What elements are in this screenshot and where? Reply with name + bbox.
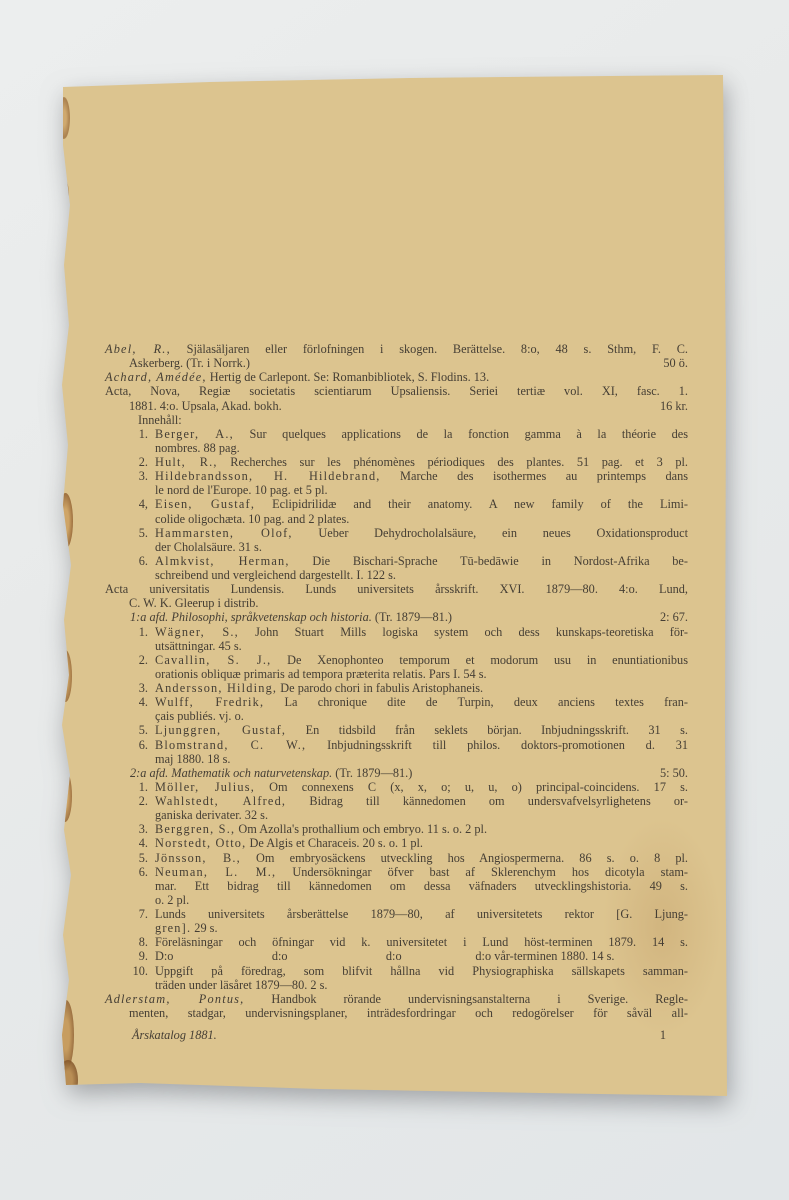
text-line: gren]. 29 s.	[105, 921, 688, 935]
item-number: 1.	[105, 427, 155, 441]
emphasized-name: Möller, Julius,	[155, 780, 255, 794]
worn-edge-decoration	[59, 650, 72, 702]
line-text: Eclipidrilidæ and their anatomy. A new f…	[255, 497, 688, 511]
item-number: 3.	[105, 681, 155, 695]
book-page: Abel, R., Själasäljaren eller förlofning…	[60, 75, 728, 1097]
text-line: nombres. 88 pag.	[105, 441, 688, 455]
line-text: (Tr. 1879—81.)	[372, 610, 452, 624]
right-aligned-price: 16 kr.	[660, 399, 688, 413]
item-text: D:o d:o d:o d:o vår-terminen 1880. 14 s.	[155, 949, 688, 963]
emphasized-name: Adlerstam, Pontus,	[105, 992, 244, 1006]
line-text: orationis obliquæ primaris ad tempora pr…	[155, 667, 487, 681]
text-line: mar. Ett bidrag till kännedomen om dessa…	[105, 879, 688, 893]
text-line: 5.Hammarsten, Olof, Ueber Dehydrocholals…	[105, 526, 688, 540]
item-text: Blomstrand, C. W., Inbjudningsskrift til…	[155, 738, 688, 752]
item-text: Hult, R., Recherches sur les phénomènes …	[155, 455, 688, 469]
emphasized-name: Berger, A.,	[155, 427, 234, 441]
item-number: 1.	[105, 780, 155, 794]
item-number: 5.	[105, 851, 155, 865]
emphasized-name: Achard, Amédée,	[105, 370, 207, 384]
worn-edge-decoration	[58, 493, 73, 549]
text-line: 1.Berger, A., Sur quelques applications …	[105, 427, 688, 441]
line-text: Lunds universitets årsberättelse 1879—80…	[155, 907, 688, 921]
text-line: orationis obliquæ primaris ad tempora pr…	[105, 667, 688, 681]
text-line: 3.Berggren, S., Om Azolla's prothallium …	[105, 822, 688, 836]
text-line: 7.Lunds universitets årsberättelse 1879—…	[105, 907, 688, 921]
line-text: Bidrag till kännedomen om undersvafvelsy…	[286, 794, 688, 808]
text-line: 6.Almkvist, Herman, Die Bischari-Sprache…	[105, 554, 688, 568]
text-line: 3.Hildebrandsson, H. Hildebrand, Marche …	[105, 469, 688, 483]
text-line: 2.Wahlstedt, Alfred, Bidrag till kännedo…	[105, 794, 688, 808]
item-text: Möller, Julius, Om connexens C (x, x, o;…	[155, 780, 688, 794]
emphasized-name: Jönsson, B.,	[155, 851, 241, 865]
item-number: 7.	[105, 907, 155, 921]
line-text: Själasäljaren eller förlofningen i skoge…	[171, 342, 688, 356]
emphasized-name: Berggren, S.,	[155, 822, 235, 836]
text-line: utsättningar. 45 s.	[105, 639, 688, 653]
line-text: mar. Ett bidrag till kännedomen om dessa…	[155, 879, 688, 893]
line-text: D:o d:o d:o d:o vår-terminen 1880. 14 s.	[155, 949, 615, 963]
item-text: Berger, A., Sur quelques applications de…	[155, 427, 688, 441]
text-line: Acta universitatis Lundensis. Lunds univ…	[105, 582, 688, 596]
right-aligned-price: 5: 50.	[660, 766, 688, 780]
text-line: 5.Jönsson, B., Om embryosäckens utveckli…	[105, 851, 688, 865]
emphasized-name: Hammarsten, Olof,	[155, 526, 293, 540]
emphasized-name: Almkvist, Herman,	[155, 554, 290, 568]
text-line: 1:a afd. Philosophi, språkvetenskap och …	[105, 610, 688, 624]
emphasized-name: Wägner, S.,	[155, 625, 239, 639]
item-text: Wägner, S., John Stuart Mills logiska sy…	[155, 625, 688, 639]
item-number: 6.	[105, 738, 155, 752]
item-number: 6.	[105, 865, 155, 879]
item-number: 3.	[105, 822, 155, 836]
item-text: Jönsson, B., Om embryosäckens utveckling…	[155, 851, 688, 865]
emphasized-name: Wahlstedt, Alfred,	[155, 794, 286, 808]
item-number: 3.	[105, 469, 155, 483]
text-line: 1.Möller, Julius, Om connexens C (x, x, …	[105, 780, 688, 794]
item-text: Uppgift på föredrag, som blifvit hållna …	[155, 964, 688, 978]
item-number: 10.	[105, 964, 155, 978]
text-line: schreibend und vergleichend dargestellt.…	[105, 568, 688, 582]
footer-caption: Årskatalog 1881.	[132, 1028, 217, 1042]
text-line: der Cholalsäure. 31 s.	[105, 540, 688, 554]
line-text: Om embryosäckens utveckling hos Angiospe…	[241, 851, 688, 865]
line-text: Recherches sur les phénomènes périodique…	[218, 455, 688, 469]
item-number: 4.	[105, 836, 155, 850]
line-text: Innehåll:	[138, 413, 182, 427]
text-line: Askerberg. (Tr. i Norrk.)50 ö.	[105, 356, 688, 370]
text-line: 4.Norstedt, Otto, De Algis et Characeis.…	[105, 836, 688, 850]
text-line: Acta, Nova, Regiæ societatis scientiarum…	[105, 384, 688, 398]
text-line: träden under läsåret 1879—80. 2 s.	[105, 978, 688, 992]
item-number: 5.	[105, 723, 155, 737]
emphasized-name: Abel, R.,	[105, 342, 171, 356]
line-text: En tidsbild från seklets början. Inbjudn…	[286, 723, 688, 737]
emphasized-name: 2:a afd. Mathematik och naturvetenskap.	[130, 766, 332, 780]
right-aligned-price: 50 ö.	[663, 356, 688, 370]
item-number: 9.	[105, 949, 155, 963]
line-text: De Algis et Characeis. 20 s. o. 1 pl.	[246, 836, 423, 850]
line-text: Om Azolla's prothallium och embryo. 11 s…	[235, 822, 487, 836]
item-number: 4,	[105, 497, 155, 511]
worn-edge-decoration	[58, 770, 72, 822]
line-text: 1881. 4:o. Upsala, Akad. bokh.	[129, 399, 282, 413]
text-line: 9.D:o d:o d:o d:o vår-terminen 1880. 14 …	[105, 949, 688, 963]
line-text: schreibend und vergleichend dargestellt.…	[155, 568, 396, 582]
line-text: De Xenophonteo temporum et modorum usu i…	[271, 653, 688, 667]
text-line: menten, stadgar, undervisningsplaner, in…	[105, 1006, 688, 1020]
text-line: 1881. 4:o. Upsala, Akad. bokh.16 kr.	[105, 399, 688, 413]
line-text: C. W. K. Gleerup i distrib.	[129, 596, 258, 610]
line-text: Acta universitatis Lundensis. Lunds univ…	[105, 582, 688, 596]
worn-edge-decoration	[59, 178, 69, 214]
page-text: Abel, R., Själasäljaren eller förlofning…	[105, 342, 688, 1020]
item-number: 8.	[105, 935, 155, 949]
line-text: John Stuart Mills logiska system och des…	[239, 625, 688, 639]
line-text: Hertig de Carlepont. Se: Romanbibliotek,…	[207, 370, 489, 384]
line-text: Askerberg. (Tr. i Norrk.)	[129, 356, 250, 370]
line-text: o. 2 pl.	[155, 893, 189, 907]
line-text: Uppgift på föredrag, som blifvit hållna …	[155, 964, 688, 978]
text-line: 6.Neuman, L. M., Undersökningar öfver ba…	[105, 865, 688, 879]
text-line: 4,Eisen, Gustaf, Eclipidrilidæ and their…	[105, 497, 688, 511]
item-number: 2.	[105, 794, 155, 808]
photo-background: Abel, R., Själasäljaren eller förlofning…	[0, 0, 789, 1200]
item-text: Neuman, L. M., Undersökningar öfver bast…	[155, 865, 688, 879]
line-text: La chronique dite de Turpin, deux ancien…	[264, 695, 688, 709]
item-text: Cavallin, S. J., De Xenophonteo temporum…	[155, 653, 688, 667]
line-text: Die Bischari-Sprache Tū-bedāwie in Nordo…	[290, 554, 688, 568]
text-line: 1.Wägner, S., John Stuart Mills logiska …	[105, 625, 688, 639]
item-text: Wulff, Fredrik, La chronique dite de Tur…	[155, 695, 688, 709]
worn-edge-decoration	[58, 1000, 74, 1070]
emphasized-name: Eisen, Gustaf,	[155, 497, 255, 511]
page-number: 1	[660, 1028, 666, 1043]
item-number: 4.	[105, 695, 155, 709]
emphasized-name: Ljunggren, Gustaf,	[155, 723, 286, 737]
text-line: çais publiés. vj. o.	[105, 709, 688, 723]
line-text: Sur quelques applications de la fonction…	[234, 427, 688, 441]
item-text: Andersson, Hilding, De parodo chori in f…	[155, 681, 688, 695]
item-text: Hildebrandsson, H. Hildebrand, Marche de…	[155, 469, 688, 483]
item-text: Lunds universitets årsberättelse 1879—80…	[155, 907, 688, 921]
worn-edge-decoration	[58, 97, 70, 139]
page-footer: Årskatalog 1881. 1	[105, 1028, 688, 1043]
text-line: ganiska derivater. 32 s.	[105, 808, 688, 822]
emphasized-name: gren].	[155, 921, 191, 935]
item-text: Hammarsten, Olof, Ueber Dehydrocholalsäu…	[155, 526, 688, 540]
line-text: Om connexens C (x, x, o; u, u, o) princi…	[255, 780, 688, 794]
text-line: 6.Blomstrand, C. W., Inbjudningsskrift t…	[105, 738, 688, 752]
worn-edge-decoration	[58, 1060, 78, 1100]
line-text: 29 s.	[191, 921, 217, 935]
text-line: 5.Ljunggren, Gustaf, En tidsbild från se…	[105, 723, 688, 737]
emphasized-name: Wulff, Fredrik,	[155, 695, 264, 709]
line-text: Ueber Dehydrocholalsäure, ein neues Oxid…	[293, 526, 688, 540]
line-text: ganiska derivater. 32 s.	[155, 808, 268, 822]
line-text: nombres. 88 pag.	[155, 441, 240, 455]
line-text: (Tr. 1879—81.)	[332, 766, 412, 780]
item-text: Eisen, Gustaf, Eclipidrilidæ and their a…	[155, 497, 688, 511]
line-text: Föreläsningar och öfningar vid k. univer…	[155, 935, 688, 949]
text-line: le nord de l'Europe. 10 pag. et 5 pl.	[105, 483, 688, 497]
text-line: Achard, Amédée, Hertig de Carlepont. Se:…	[105, 370, 688, 384]
emphasized-name: Norstedt, Otto,	[155, 836, 246, 850]
item-text: Föreläsningar och öfningar vid k. univer…	[155, 935, 688, 949]
text-line: maj 1880. 18 s.	[105, 752, 688, 766]
item-text: Almkvist, Herman, Die Bischari-Sprache T…	[155, 554, 688, 568]
line-text: çais publiés. vj. o.	[155, 709, 244, 723]
text-line: 2.Cavallin, S. J., De Xenophonteo tempor…	[105, 653, 688, 667]
text-line: Adlerstam, Pontus, Handbok rörande under…	[105, 992, 688, 1006]
emphasized-name: Cavallin, S. J.,	[155, 653, 271, 667]
text-line: 3.Andersson, Hilding, De parodo chori in…	[105, 681, 688, 695]
text-line: colide oligochæta. 10 pag. and 2 plates.	[105, 512, 688, 526]
item-number: 1.	[105, 625, 155, 639]
emphasized-name: Andersson, Hilding,	[155, 681, 277, 695]
line-text: Inbjudningsskrift till philos. doktors-p…	[306, 738, 688, 752]
text-line: 2.Hult, R., Recherches sur les phénomène…	[105, 455, 688, 469]
right-aligned-price: 2: 67.	[660, 610, 688, 624]
emphasized-name: 1:a afd. Philosophi, språkvetenskap och …	[130, 610, 372, 624]
line-text: le nord de l'Europe. 10 pag. et 5 pl.	[155, 483, 328, 497]
line-text: De parodo chori in fabulis Aristophaneis…	[277, 681, 483, 695]
line-text: Marche des isothermes au printemps dans	[381, 469, 688, 483]
emphasized-name: Blomstrand, C. W.,	[155, 738, 306, 752]
item-number: 6.	[105, 554, 155, 568]
text-line: 10.Uppgift på föredrag, som blifvit håll…	[105, 964, 688, 978]
text-line: Abel, R., Själasäljaren eller förlofning…	[105, 342, 688, 356]
item-text: Berggren, S., Om Azolla's prothallium oc…	[155, 822, 688, 836]
emphasized-name: Neuman, L. M.,	[155, 865, 276, 879]
text-line: Innehåll:	[105, 413, 688, 427]
item-number: 2.	[105, 455, 155, 469]
emphasized-name: Hildebrandsson, H. Hildebrand,	[155, 469, 381, 483]
line-text: Acta, Nova, Regiæ societatis scientiarum…	[105, 384, 688, 398]
item-text: Norstedt, Otto, De Algis et Characeis. 2…	[155, 836, 688, 850]
line-text: Undersökningar öfver bast af Sklerenchym…	[276, 865, 688, 879]
item-number: 5.	[105, 526, 155, 540]
line-text: träden under läsåret 1879—80. 2 s.	[155, 978, 327, 992]
line-text: colide oligochæta. 10 pag. and 2 plates.	[155, 512, 349, 526]
text-line: 2:a afd. Mathematik och naturvetenskap. …	[105, 766, 688, 780]
text-line: 8.Föreläsningar och öfningar vid k. univ…	[105, 935, 688, 949]
line-text: Handbok rörande undervisningsanstalterna…	[244, 992, 688, 1006]
item-text: Ljunggren, Gustaf, En tidsbild från sekl…	[155, 723, 688, 737]
line-text: utsättningar. 45 s.	[155, 639, 242, 653]
item-number: 2.	[105, 653, 155, 667]
text-line: 4.Wulff, Fredrik, La chronique dite de T…	[105, 695, 688, 709]
text-line: C. W. K. Gleerup i distrib.	[105, 596, 688, 610]
emphasized-name: Hult, R.,	[155, 455, 218, 469]
line-text: maj 1880. 18 s.	[155, 752, 231, 766]
text-line: o. 2 pl.	[105, 893, 688, 907]
line-text: der Cholalsäure. 31 s.	[155, 540, 262, 554]
item-text: Wahlstedt, Alfred, Bidrag till kännedome…	[155, 794, 688, 808]
line-text: menten, stadgar, undervisningsplaner, in…	[129, 1006, 688, 1020]
